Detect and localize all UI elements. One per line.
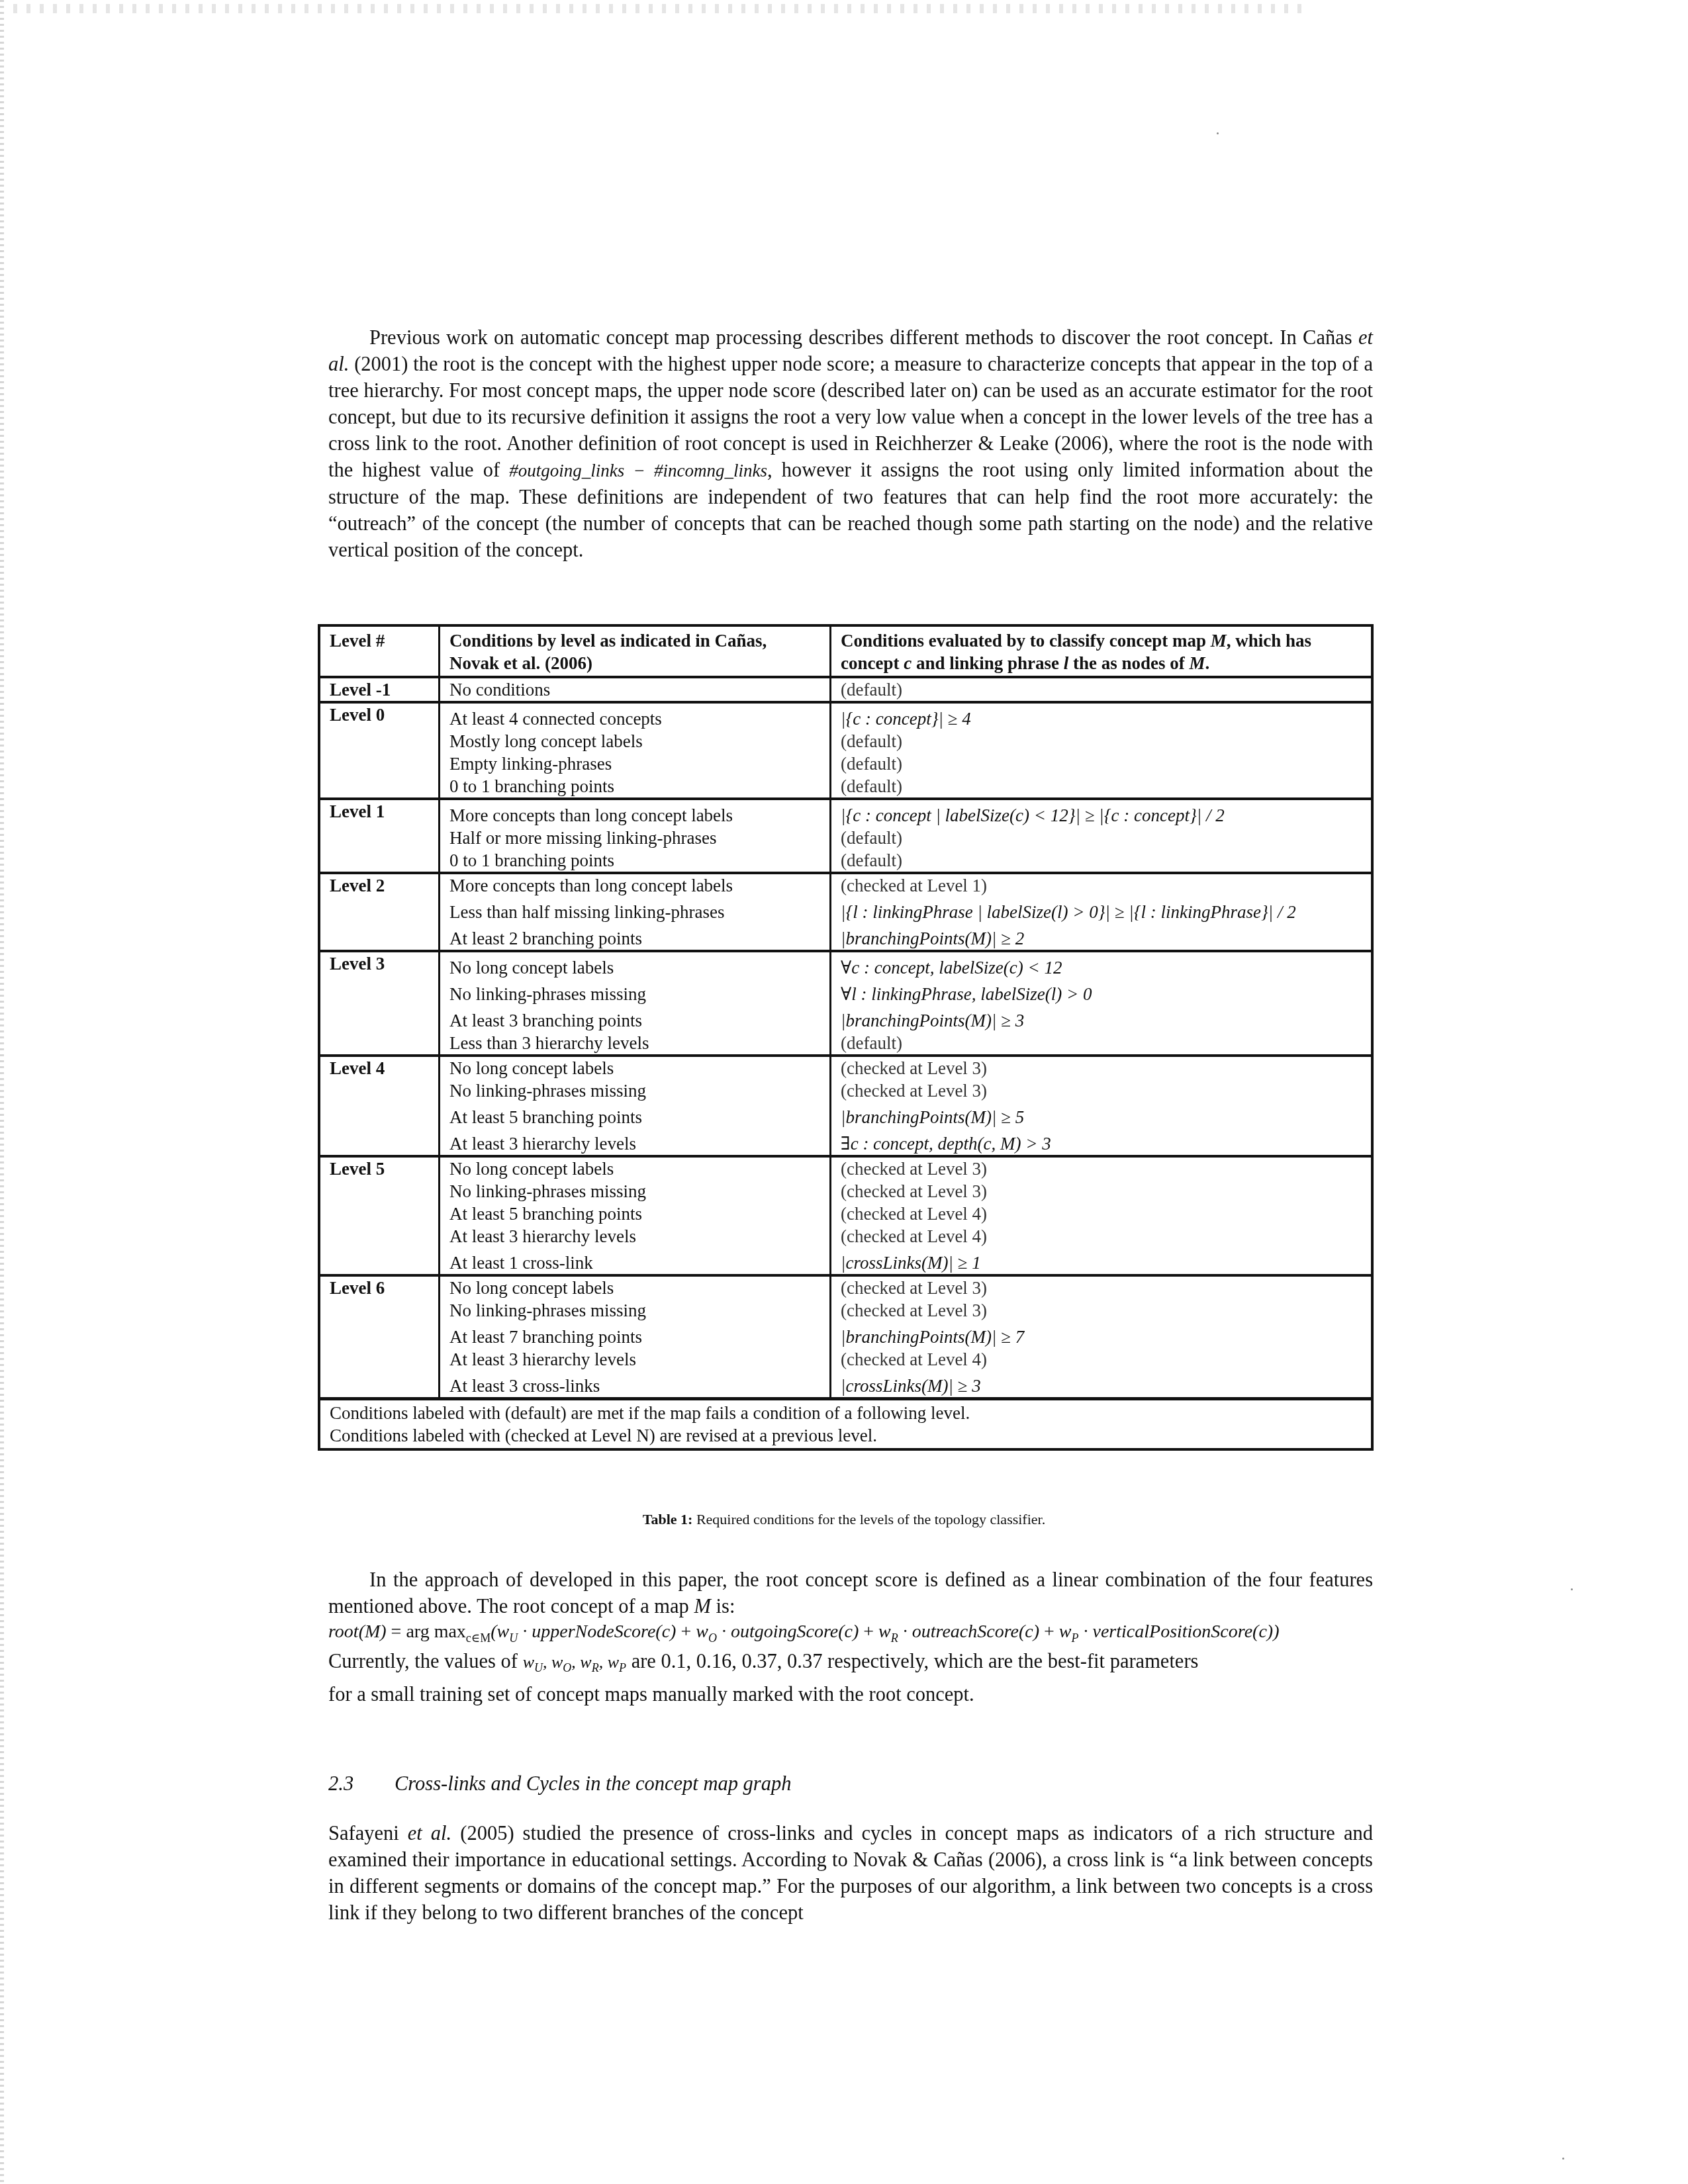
condition-note: (checked at Level 1) [841, 874, 1362, 897]
table-row: Level 6No long concept labelsNo linking-… [319, 1275, 1372, 1399]
level-conditions: More concepts than long concept labelsLe… [440, 873, 831, 951]
condition-note: (checked at Level 3) [841, 1079, 1362, 1102]
level-evaluated: (default) [831, 677, 1373, 702]
condition-item: At least 4 connected concepts [449, 704, 820, 730]
condition-item: No long concept labels [449, 1277, 820, 1299]
condition-item: 0 to 1 branching points [449, 849, 820, 872]
header-text: the as nodes of [1068, 653, 1189, 673]
table-caption: Table 1: Required conditions for the lev… [0, 1511, 1688, 1528]
table-footnotes: Conditions labeled with (default) are me… [319, 1399, 1372, 1450]
condition-item: At least 5 branching points [449, 1203, 820, 1225]
condition-item: At least 2 branching points [449, 923, 820, 950]
condition-item: At least 1 cross-link [449, 1248, 820, 1274]
condition-item: No linking-phrases missing [449, 979, 820, 1005]
header-text: Conditions evaluated by to classify conc… [841, 631, 1211, 651]
levels-table: Level # Conditions by level as indicated… [318, 624, 1374, 1451]
condition-note: (checked at Level 3) [841, 1057, 1362, 1079]
paragraph-text: are 0.1, 0.16, 0.37, 0.37 respectively, … [626, 1650, 1198, 1672]
header-conditions-evaluated: Conditions evaluated by to classify conc… [831, 625, 1373, 677]
condition-item: At least 3 hierarchy levels [449, 1225, 820, 1248]
condition-note: (checked at Level 3) [841, 1158, 1362, 1180]
formula-term: wO · outgoingScore(c) [696, 1621, 859, 1642]
section-number: 2.3 [328, 1770, 395, 1797]
level-conditions: At least 4 connected conceptsMostly long… [440, 702, 831, 799]
caption-text: Required conditions for the levels of th… [692, 1511, 1045, 1527]
footnote-default: Conditions labeled with (default) are me… [330, 1402, 1362, 1424]
table-row: Level -1No conditions(default) [319, 677, 1372, 702]
header-math: M [1190, 653, 1205, 673]
condition-note: (checked at Level 3) [841, 1299, 1362, 1322]
formula-term: wR · outreachScore(c) [878, 1621, 1039, 1642]
condition-expression: |{l : linkingPhrase | labelSize(l) > 0}|… [841, 897, 1362, 923]
level-conditions: No conditions [440, 677, 831, 702]
weight-symbols: wU, wO, wR, wP [523, 1653, 626, 1672]
scan-edge-artifact [0, 0, 4, 2184]
table-row: Level 4No long concept labelsNo linking-… [319, 1056, 1372, 1156]
condition-expression: |crossLinks(M)| ≥ 3 [841, 1371, 1362, 1397]
condition-expression: |branchingPoints(M)| ≥ 2 [841, 923, 1362, 950]
header-conditions-canas: Conditions by level as indicated in Caña… [440, 625, 831, 677]
condition-item: More concepts than long concept labels [449, 800, 820, 827]
paragraph-cross-links: Safayeni et al. (2005) studied the prese… [328, 1820, 1373, 1926]
condition-item: Mostly long concept labels [449, 730, 820, 752]
table-header-row: Level # Conditions by level as indicated… [319, 625, 1372, 677]
condition-note: (checked at Level 4) [841, 1225, 1362, 1248]
level-label: Level 6 [319, 1275, 440, 1399]
table-row: Level 2More concepts than long concept l… [319, 873, 1372, 951]
condition-item: At least 3 hierarchy levels [449, 1128, 820, 1155]
level-evaluated: |{c : concept}| ≥ 4(default)(default)(de… [831, 702, 1373, 799]
table-row: Level 3No long concept labelsNo linking-… [319, 951, 1372, 1056]
level-label: Level -1 [319, 677, 440, 702]
paragraph-text: is: [711, 1595, 735, 1617]
paragraph-root-concept-background: Previous work on automatic concept map p… [328, 324, 1373, 563]
condition-expression: |branchingPoints(M)| ≥ 7 [841, 1322, 1362, 1348]
condition-item: At least 7 branching points [449, 1322, 820, 1348]
condition-expression: |branchingPoints(M)| ≥ 3 [841, 1005, 1362, 1032]
condition-item: More concepts than long concept labels [449, 874, 820, 897]
level-conditions: No long concept labelsNo linking-phrases… [440, 951, 831, 1056]
level-evaluated: (checked at Level 3)(checked at Level 3)… [831, 1056, 1373, 1156]
level-label: Level 4 [319, 1056, 440, 1156]
condition-note: (checked at Level 3) [841, 1180, 1362, 1203]
root-formula: root(M) = arg maxc∈M(wU · upperNodeScore… [328, 1619, 1387, 1651]
level-evaluated: (checked at Level 1)|{l : linkingPhrase … [831, 873, 1373, 951]
condition-note: (default) [841, 827, 1362, 849]
table-body: Level -1No conditions(default)Level 0At … [319, 677, 1372, 1399]
formula-term: wU · upperNodeScore(c) [497, 1621, 677, 1642]
level-label: Level 3 [319, 951, 440, 1056]
condition-item: 0 to 1 branching points [449, 775, 820, 797]
condition-item: Empty linking-phrases [449, 752, 820, 775]
footnote-checked: Conditions labeled with (checked at Leve… [330, 1424, 1362, 1447]
table-row: Level 0At least 4 connected conceptsMost… [319, 702, 1372, 799]
paragraph-text: Safayeni [328, 1822, 408, 1844]
header-math: M [1211, 631, 1227, 651]
condition-item: At least 3 cross-links [449, 1371, 820, 1397]
condition-item: No long concept labels [449, 1158, 820, 1180]
header-math: c [904, 653, 912, 673]
level-evaluated: |{c : concept | labelSize(c) < 12}| ≥ |{… [831, 799, 1373, 873]
level-label: Level 2 [319, 873, 440, 951]
condition-expression: |crossLinks(M)| ≥ 1 [841, 1248, 1362, 1274]
level-label: Level 1 [319, 799, 440, 873]
math-expression: #outgoing_links − #incomng_links [509, 461, 767, 480]
formula-term: wP · verticalPositionScore(c) [1059, 1621, 1273, 1642]
level-evaluated: (checked at Level 3)(checked at Level 3)… [831, 1275, 1373, 1399]
paragraph-text: Previous work on automatic concept map p… [369, 326, 1358, 349]
level-label: Level 5 [319, 1156, 440, 1275]
header-level: Level # [319, 625, 440, 677]
paragraph-text: In the approach of developed in this pap… [328, 1569, 1373, 1617]
condition-expression: ∀c : concept, labelSize(c) < 12 [841, 952, 1362, 979]
condition-note: (checked at Level 3) [841, 1277, 1362, 1299]
weights-sentence-cont: for a small training set of concept maps… [328, 1681, 1373, 1707]
level-conditions: No long concept labelsNo linking-phrases… [440, 1156, 831, 1275]
condition-expression: ∀l : linkingPhrase, labelSize(l) > 0 [841, 979, 1362, 1005]
condition-item: No conditions [449, 678, 820, 701]
condition-expression: ∃c : concept, depth(c, M) > 3 [841, 1128, 1362, 1155]
condition-item: Half or more missing linking-phrases [449, 827, 820, 849]
section-heading: 2.3Cross-links and Cycles in the concept… [328, 1770, 791, 1797]
condition-note: (default) [841, 730, 1362, 752]
condition-item: Less than half missing linking-phrases [449, 897, 820, 923]
paragraph-root-score: In the approach of developed in this pap… [328, 1567, 1373, 1619]
condition-expression: |branchingPoints(M)| ≥ 5 [841, 1102, 1362, 1128]
header-text: and linking phrase [912, 653, 1064, 673]
condition-item: No linking-phrases missing [449, 1180, 820, 1203]
level-label: Level 0 [319, 702, 440, 799]
table-row: Level 1More concepts than long concept l… [319, 799, 1372, 873]
condition-item: At least 5 branching points [449, 1102, 820, 1128]
formula-lhs: root(M) [328, 1621, 387, 1642]
condition-note: (default) [841, 752, 1362, 775]
condition-note: (checked at Level 4) [841, 1203, 1362, 1225]
level-evaluated: (checked at Level 3)(checked at Level 3)… [831, 1156, 1373, 1275]
condition-item: No long concept labels [449, 952, 820, 979]
condition-item: No linking-phrases missing [449, 1299, 820, 1322]
paragraph-text: Currently, the values of [328, 1650, 523, 1672]
condition-note: (default) [841, 775, 1362, 797]
math-symbol: M [694, 1595, 711, 1617]
condition-note: (default) [841, 849, 1362, 872]
level-conditions: More concepts than long concept labelsHa… [440, 799, 831, 873]
condition-note: (checked at Level 4) [841, 1348, 1362, 1371]
condition-expression: |{c : concept | labelSize(c) < 12}| ≥ |{… [841, 800, 1362, 827]
header-text: . [1205, 653, 1210, 673]
condition-note: (default) [841, 1032, 1362, 1054]
level-conditions: No long concept labelsNo linking-phrases… [440, 1056, 831, 1156]
condition-item: At least 3 hierarchy levels [449, 1348, 820, 1371]
condition-item: No linking-phrases missing [449, 1079, 820, 1102]
weights-sentence: Currently, the values of wU, wO, wR, wP … [328, 1648, 1373, 1681]
caption-label: Table 1: [643, 1511, 693, 1527]
table-row: Level 5No long concept labelsNo linking-… [319, 1156, 1372, 1275]
condition-note: (default) [841, 678, 1362, 701]
section-title: Cross-links and Cycles in the concept ma… [395, 1772, 791, 1795]
condition-expression: |{c : concept}| ≥ 4 [841, 704, 1362, 730]
scan-top-artifact [13, 4, 1311, 13]
condition-item: Less than 3 hierarchy levels [449, 1032, 820, 1054]
formula-sub: c∈M [466, 1631, 491, 1645]
et-al: et al. [408, 1822, 451, 1844]
condition-item: No long concept labels [449, 1057, 820, 1079]
paragraph-text: (2005) studied the presence of cross-lin… [328, 1822, 1373, 1924]
level-evaluated: ∀c : concept, labelSize(c) < 12∀l : link… [831, 951, 1373, 1056]
level-conditions: No long concept labelsNo linking-phrases… [440, 1275, 831, 1399]
condition-item: At least 3 branching points [449, 1005, 820, 1032]
table-footnote-row: Conditions labeled with (default) are me… [319, 1399, 1372, 1450]
